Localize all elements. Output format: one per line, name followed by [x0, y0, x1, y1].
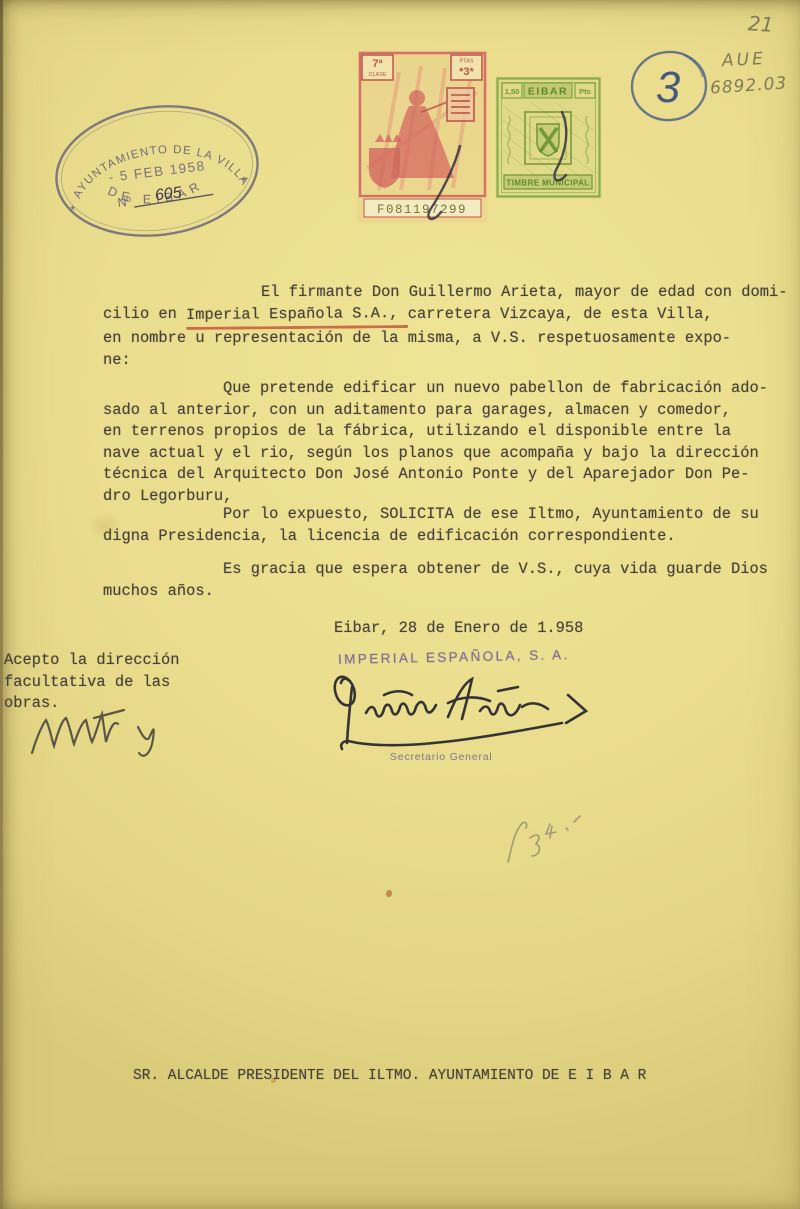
body-line: ne: [103, 350, 768, 372]
scan-edge-shadow [0, 0, 3, 1209]
scanned-document: 21 AUE 6892.03 3 AYUNTAMIENTO DE LA VILL… [0, 0, 800, 1209]
body-line: en terrenos propios de la fábrica, utili… [103, 421, 768, 443]
circled-number-annotation: 3 [622, 38, 717, 133]
secretary-signature [328, 653, 620, 765]
body-line: muchos años. [103, 581, 768, 603]
dateline: Eibar, 28 de Enero de 1.958 [334, 618, 583, 640]
paper-speck [386, 890, 392, 897]
body-line: El firmante Don Guillermo Arieta, mayor … [103, 282, 768, 304]
body-line: en nombre u representación de la misma, … [103, 328, 768, 350]
body-line: cilio en Imperial Española S.A., carrete… [103, 304, 768, 329]
addressee-line: SR. ALCALDE PRESIDENTE DEL ILTMO. AYUNTA… [133, 1066, 646, 1088]
body-line: Es gracia que espera obtener de V.S., cu… [103, 559, 768, 581]
registry-stamp-star-left: * [69, 202, 76, 218]
body-line: técnica del Arquitecto Don José Antonio … [103, 464, 768, 486]
body-line: Que pretende edificar un nuevo pabellon … [103, 378, 768, 400]
body-paragraph-2: Que pretende edificar un nuevo pabellon … [103, 378, 768, 507]
body-paragraph-3: Por lo expuesto, SOLICITA de ese Iltmo, … [103, 504, 768, 547]
body-text-segment: cilio en [103, 305, 186, 323]
registry-stamp-number-handwritten: 605 [154, 184, 183, 204]
architect-signature [26, 697, 178, 769]
body-paragraph-4: Es gracia que espera obtener de V.S., cu… [103, 559, 768, 602]
ink-rubric-marks [350, 40, 620, 240]
body-text-segment: carretera Vizcaya, de esta Villa, [408, 305, 713, 323]
faint-pencil-scribble [478, 796, 590, 878]
secretary-role-label: Secretario General [390, 751, 493, 763]
body-paragraph-1: El firmante Don Guillermo Arieta, mayor … [103, 282, 768, 371]
pencil-archive-ref-line1: AUE [722, 49, 767, 71]
registry-stamp-number-label: Nº [117, 194, 133, 210]
circled-number: 3 [656, 63, 681, 112]
registry-stamp: AYUNTAMIENTO DE LA VILLA DE EIBAR - 5 FE… [42, 87, 272, 254]
pencil-page-number: 21 [747, 11, 774, 37]
note-line: facultativa de las [4, 672, 179, 694]
body-line: sado al anterior, con un aditamento para… [103, 400, 768, 422]
body-line: digna Presidencia, la licencia de edific… [103, 526, 768, 548]
note-line: Acepto la dirección [4, 650, 179, 672]
red-underlined-company-name: Imperial Española S.A., [186, 303, 408, 329]
body-line: Por lo expuesto, SOLICITA de ese Iltmo, … [103, 504, 768, 526]
body-line: nave actual y el rio, según los planos q… [103, 443, 768, 465]
